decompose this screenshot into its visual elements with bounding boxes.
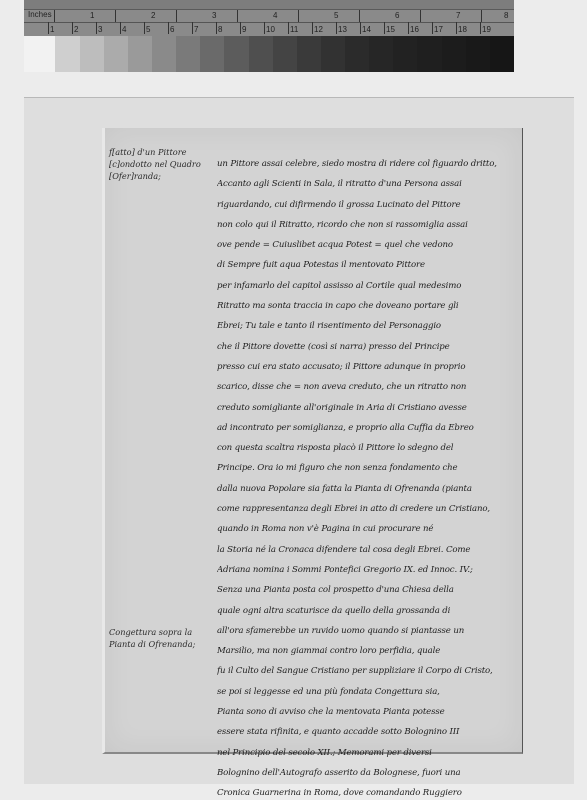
cm-mark: 15 xyxy=(386,25,395,34)
manuscript-line: Ritratto ma sonta traccia in capo che do… xyxy=(217,296,519,316)
gray-patch xyxy=(176,36,200,72)
margin-notes-top: f[atto] d'un Pittore [c]ondotto nel Quad… xyxy=(109,146,209,182)
ruler-top-band xyxy=(24,0,514,9)
manuscript-line: se poi si leggesse ed una più fondata Co… xyxy=(217,682,519,702)
inch-mark: 8 xyxy=(504,11,508,20)
inch-mark: 5 xyxy=(334,11,338,20)
inch-mark: 4 xyxy=(273,11,277,20)
manuscript-line: Adriana nomina i Sommi Pontefici Gregori… xyxy=(217,560,519,580)
cm-mark: 9 xyxy=(242,25,246,34)
cm-mark: 11 xyxy=(290,25,298,34)
margin-notes-bottom: Congettura sopra la Pianta di Ofrenanda; xyxy=(109,626,209,650)
manuscript-line: Ebrei; Tu tale e tanto il risentimento d… xyxy=(217,316,519,336)
gray-patch xyxy=(200,36,224,72)
cm-mark: 16 xyxy=(410,25,419,34)
manuscript-line: quando in Roma non v'è Pagina in cui pro… xyxy=(217,519,519,539)
gray-patch xyxy=(128,36,152,72)
manuscript-line: Cronica Guarnerina in Roma, dove comanda… xyxy=(217,783,519,800)
manuscript-line: Marsilio, ma non giammai contro loro per… xyxy=(217,641,519,661)
gray-patch xyxy=(55,36,79,72)
manuscript-line: per infamarlo del capitol assisso al Cor… xyxy=(217,276,519,296)
gray-patch xyxy=(490,36,514,72)
gray-patch xyxy=(24,36,55,72)
gray-patch xyxy=(152,36,176,72)
gray-patch xyxy=(80,36,104,72)
inch-mark: 2 xyxy=(151,11,155,20)
manuscript-line: essere stata rifinita, e quanto accadde … xyxy=(217,722,519,742)
calibration-target: Inches 1 2 3 4 5 6 7 8 1 2 3 4 5 6 7 8 xyxy=(24,0,514,74)
margin-note: Pianta di Ofrenanda; xyxy=(109,638,209,650)
gray-patch xyxy=(369,36,393,72)
manuscript-line: ove pende = Cuiuslibet acqua Potest = qu… xyxy=(217,235,519,255)
ruler-units-label: Inches xyxy=(28,10,52,19)
cm-mark: 14 xyxy=(362,25,371,34)
inch-mark: 1 xyxy=(90,11,94,20)
gray-patch xyxy=(297,36,321,72)
manuscript-line: Principe. Ora io mi figuro che non senza… xyxy=(217,458,519,478)
gray-patch xyxy=(345,36,369,72)
manuscript-line: fu il Culto del Sangue Cristiano per sup… xyxy=(217,661,519,681)
grayscale-strip xyxy=(24,36,514,72)
gray-patch xyxy=(466,36,490,72)
margin-note: [Ofer]randa; xyxy=(109,170,209,182)
cm-mark: 8 xyxy=(218,25,222,34)
manuscript-line: all'ora sfamerebbe un ruvido uomo quando… xyxy=(217,621,519,641)
manuscript-line: scarico, disse che = non aveva creduto, … xyxy=(217,377,519,397)
manuscript-line: come rappresentanza degli Ebrei in atto … xyxy=(217,499,519,519)
manuscript-line: riguardando, cui difirmendo il grossa Lu… xyxy=(217,195,519,215)
manuscript-line: presso cui era stato accusato; il Pittor… xyxy=(217,357,519,377)
manuscript-body-text: un Pittore assai celebre, siedo mostra d… xyxy=(217,154,519,800)
manuscript-line: ad incontrato per somiglianza, e proprio… xyxy=(217,418,519,438)
manuscript-line: Bolognino dell'Autografo asserito da Bol… xyxy=(217,763,519,783)
manuscript-line: la Storia né la Cronaca difendere tal co… xyxy=(217,540,519,560)
measurement-ruler: Inches 1 2 3 4 5 6 7 8 1 2 3 4 5 6 7 8 xyxy=(24,9,514,37)
manuscript-line: Senza una Pianta posta col prospetto d'u… xyxy=(217,580,519,600)
cm-mark: 2 xyxy=(74,25,78,34)
manuscript-line: un Pittore assai celebre, siedo mostra d… xyxy=(217,154,519,174)
gray-patch xyxy=(104,36,128,72)
cm-mark: 17 xyxy=(434,25,443,34)
cm-mark: 1 xyxy=(50,25,54,34)
cm-mark: 5 xyxy=(146,25,150,34)
gray-patch xyxy=(224,36,248,72)
gray-patch xyxy=(417,36,441,72)
margin-note: [c]ondotto nel Quadro xyxy=(109,158,209,170)
cm-mark: 7 xyxy=(194,25,198,34)
cm-mark: 12 xyxy=(314,25,323,34)
cm-mark: 3 xyxy=(98,25,102,34)
manuscript-line: che il Pittore dovette (così si narra) p… xyxy=(217,337,519,357)
gray-patch xyxy=(442,36,466,72)
manuscript-line: Accanto agli Scienti in Sala, il ritratt… xyxy=(217,174,519,194)
manuscript-line: non colo qui il Ritratto, ricordo che no… xyxy=(217,215,519,235)
manuscript-line: creduto somigliante all'originale in Ari… xyxy=(217,398,519,418)
cm-mark: 13 xyxy=(338,25,347,34)
cm-mark: 4 xyxy=(122,25,126,34)
inch-mark: 3 xyxy=(212,11,216,20)
margin-note: Congettura sopra la xyxy=(109,626,209,638)
manuscript-line: nel Principio del secolo XII.; Memorami … xyxy=(217,743,519,763)
gray-patch xyxy=(273,36,297,72)
manuscript-line: con questa scaltra risposta placò il Pit… xyxy=(217,438,519,458)
cm-scale: 1 2 3 4 5 6 7 8 9 10 11 12 13 14 15 16 1… xyxy=(24,22,514,37)
margin-note: f[atto] d'un Pittore xyxy=(109,146,209,158)
manuscript-page: f[atto] d'un Pittore [c]ondotto nel Quad… xyxy=(102,128,523,754)
manuscript-line: quale ogni altra scaturisce da quello de… xyxy=(217,601,519,621)
gray-patch xyxy=(393,36,417,72)
inch-mark: 7 xyxy=(456,11,460,20)
cm-mark: 19 xyxy=(482,25,491,34)
gray-patch xyxy=(321,36,345,72)
manuscript-line: di Sempre fuit aqua Potestas il mentovat… xyxy=(217,255,519,275)
cm-mark: 10 xyxy=(266,25,275,34)
manuscript-line: dalla nuova Popolare sia fatta la Pianta… xyxy=(217,479,519,499)
cm-mark: 6 xyxy=(170,25,174,34)
gray-patch xyxy=(249,36,273,72)
inch-mark: 6 xyxy=(395,11,399,20)
cm-mark: 18 xyxy=(458,25,467,34)
manuscript-line: Pianta sono di avviso che la mentovata P… xyxy=(217,702,519,722)
